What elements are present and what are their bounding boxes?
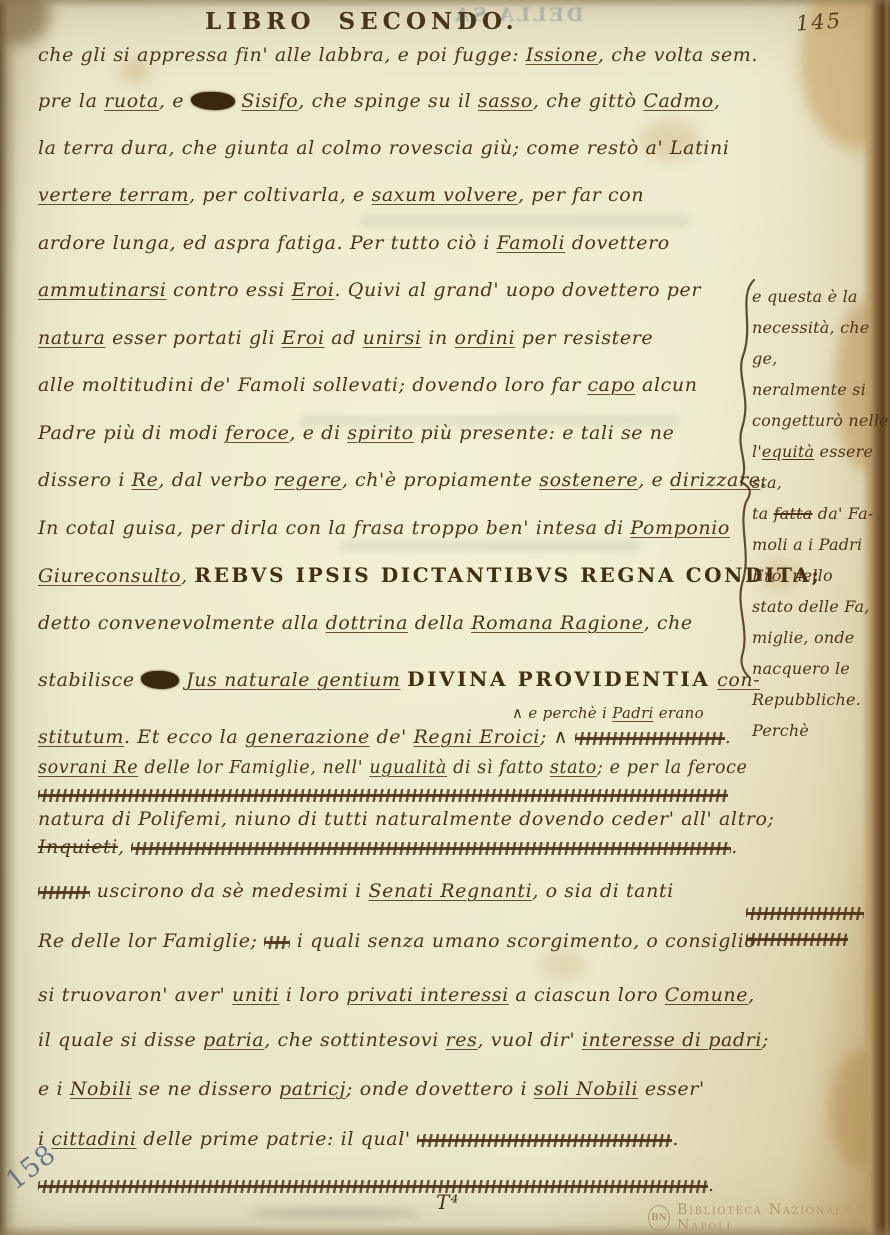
text-segment: Padri	[612, 704, 653, 722]
text-segment: Comune	[665, 984, 748, 1006]
crossed-out-scribble	[746, 933, 848, 946]
text-segment: Issione	[526, 44, 598, 66]
text-segment: e questa è la	[752, 287, 858, 306]
margin-note-line: Repubbliche.	[752, 684, 890, 715]
folio-number: 145	[795, 8, 843, 35]
text-segment: patricj	[279, 1078, 346, 1100]
crossed-out-scribble	[131, 842, 731, 855]
manuscript-line: dissero i Re, dal verbo regere, ch'è pro…	[38, 467, 767, 493]
text-segment: sasso	[478, 90, 533, 112]
manuscript-page: DELLA SA LIBRO SECONDO. 145 che gli si a…	[0, 0, 890, 1235]
manuscript-line: i cittadini delle prime patrie: il qual'…	[38, 1126, 679, 1152]
text-segment: della	[408, 612, 471, 634]
text-segment: Regni Eroici	[414, 726, 540, 748]
text-segment: ,	[714, 90, 721, 112]
text-segment: spirito	[347, 422, 413, 444]
text-segment: Cadmo	[643, 90, 713, 112]
text-segment: si truovaron' aver'	[38, 984, 232, 1006]
text-segment: i quali senza umano scorgimento, o consi…	[290, 930, 756, 952]
text-segment: stitutum	[38, 726, 124, 748]
text-segment: generazione	[245, 726, 370, 748]
text-segment: .	[725, 726, 732, 748]
text-segment: , ch'è propiamente	[342, 469, 540, 491]
text-segment: , e	[159, 90, 191, 112]
text-segment: ta	[752, 504, 774, 523]
text-segment: ruota	[104, 90, 159, 112]
text-segment: res	[446, 1029, 478, 1051]
manuscript-line: e i Nobili se ne dissero patricj; onde d…	[38, 1076, 705, 1102]
text-segment: Re delle lor Famiglie;	[38, 930, 264, 952]
text-segment: In cotal guisa, per dirla con la frasa t…	[38, 517, 630, 539]
text-segment: Repubbliche.	[752, 690, 861, 709]
text-segment: moli a i Padri	[752, 535, 862, 554]
manuscript-line: pre la ruota, e Sisifo, che spinge su il…	[38, 88, 720, 114]
text-segment: stato	[550, 758, 597, 778]
text-segment: delle lor Famiglie, nell'	[138, 758, 369, 778]
text-segment: natura	[38, 327, 105, 349]
text-segment: , per coltivarla, e	[189, 184, 371, 206]
text-segment: , e	[638, 469, 670, 491]
text-segment: stato delle Fa,	[752, 597, 869, 616]
text-segment: vertere terram	[38, 184, 189, 206]
text-segment: Sisifo	[241, 90, 298, 112]
manuscript-line: sovrani Re delle lor Famiglie, nell' ugu…	[38, 755, 748, 781]
text-segment: alcun	[635, 374, 697, 396]
text-segment: . Et ecco la	[124, 726, 245, 748]
manuscript-line: ∧ e perchè i Padri erano	[512, 700, 704, 726]
library-stamp: BN Biblioteca Nazionale di Napoli	[648, 1202, 890, 1234]
text-segment: dottrina	[326, 612, 408, 634]
binding-gutter	[0, 0, 18, 1235]
text-segment: esser'	[638, 1078, 705, 1100]
text-segment: , e di	[289, 422, 347, 444]
text-segment: che gli si appressa fin' alle labbra, e …	[38, 44, 526, 66]
text-segment: da' Fa-	[813, 504, 874, 523]
text-segment: ordini	[454, 327, 515, 349]
text-segment: neralmente si	[752, 380, 866, 399]
text-segment: dovettero	[565, 232, 670, 254]
text-segment: l'	[752, 442, 762, 461]
text-segment: Giureconsulto	[38, 565, 181, 587]
pencil-smudge	[250, 1208, 420, 1218]
text-segment: dirizzare	[670, 469, 760, 491]
margin-note-line: miglie, onde	[752, 622, 890, 653]
text-segment: i loro	[279, 984, 346, 1006]
crossed-out-scribble	[746, 907, 864, 920]
text-segment: Nobili	[70, 1078, 132, 1100]
ink-blot	[141, 671, 179, 689]
manuscript-line: il quale si disse patria, che sottinteso…	[38, 1027, 769, 1053]
text-segment: Famoli	[497, 232, 565, 254]
text-segment: se ne dissero	[132, 1078, 279, 1100]
text-segment: detto convenevolmente alla	[38, 612, 326, 634]
manuscript-line: stabilisce Jus naturale gentium DIVINA P…	[38, 666, 760, 693]
text-segment: , o sia di tanti	[532, 880, 674, 902]
text-segment: , che spinge su il	[298, 90, 478, 112]
text-segment: ardore lunga, ed aspra fatiga. Per tutto…	[38, 232, 497, 254]
text-segment: ; e per la feroce	[597, 758, 748, 778]
crossed-out-scribble	[575, 732, 725, 745]
manuscript-line: natura esser portati gli Eroi ad unirsi …	[38, 325, 653, 351]
margin-note-2	[746, 900, 888, 952]
manuscript-line: Inquieti, .	[38, 834, 738, 860]
text-segment: sostenere	[539, 469, 638, 491]
text-segment: esser portati gli	[105, 327, 281, 349]
manuscript-line: stitutum. Et ecco la generazione de' Reg…	[38, 724, 731, 750]
text-segment: sovrani Re	[38, 758, 138, 778]
text-segment: delle prime patrie: il qual'	[137, 1128, 418, 1150]
text-segment: erano	[654, 704, 704, 722]
manuscript-line: si truovaron' aver' uniti i loro privati…	[38, 982, 755, 1008]
text-segment: ad	[325, 327, 363, 349]
text-segment: uscirono da sè medesimi i	[90, 880, 369, 902]
text-segment: equità	[762, 442, 814, 461]
text-segment: REBVS IPSIS DICTANTIBVS REGNA CONDITA;	[194, 563, 821, 587]
manuscript-line: vertere terram, per coltivarla, e saxum …	[38, 182, 644, 208]
library-stamp-text: Biblioteca Nazionale di Napoli	[677, 1202, 890, 1234]
text-segment: Jus naturale gentium	[186, 669, 400, 691]
manuscript-line: Padre più di modi feroce, e di spirito p…	[38, 420, 674, 446]
text-segment: .	[708, 1174, 715, 1196]
text-segment: ; onde dovettero i	[346, 1078, 534, 1100]
manuscript-line: In cotal guisa, per dirla con la frasa t…	[38, 515, 730, 541]
text-segment: nacquero le	[752, 659, 850, 678]
text-segment: patria	[203, 1029, 264, 1051]
text-segment: regere	[274, 469, 342, 491]
text-segment: e i	[38, 1078, 70, 1100]
page-edge-top	[0, 0, 890, 8]
text-segment: ;	[762, 1029, 769, 1051]
text-segment: capo	[587, 374, 635, 396]
text-segment: necessità, che ge,	[752, 318, 869, 368]
text-segment: ,	[181, 565, 194, 587]
manuscript-line: ardore lunga, ed aspra fatiga. Per tutto…	[38, 230, 670, 256]
margin-note-line: moli a i Padri	[752, 529, 890, 560]
text-segment: soli Nobili	[534, 1078, 638, 1100]
text-segment: .	[672, 1128, 679, 1150]
margin-note-line: Perchè	[752, 715, 890, 746]
text-segment: ,	[118, 836, 131, 858]
margin-note-line: neralmente si	[752, 374, 890, 405]
margin-note-line: congetturò nelle	[752, 405, 890, 436]
manuscript-line: uscirono da sè medesimi i Senati Regnant…	[38, 878, 674, 904]
manuscript-line: detto convenevolmente alla dottrina dell…	[38, 610, 693, 636]
text-segment: ,	[748, 984, 755, 1006]
text-segment: più presente: e tali se ne	[414, 422, 675, 444]
margin-note-line: e questa è la	[752, 281, 890, 312]
text-segment: pre la	[38, 90, 104, 112]
text-segment: ammutinarsi	[38, 279, 166, 301]
text-segment: Padre più di modi	[38, 422, 225, 444]
margin-note-line	[746, 926, 888, 952]
text-segment: . Quivi al grand' uopo dovettero per	[334, 279, 701, 301]
text-segment: ugualità	[369, 758, 447, 778]
text-segment: , dal verbo	[158, 469, 274, 491]
ink-blot	[191, 92, 235, 110]
text-segment: .	[731, 836, 738, 858]
text-segment: miglie, onde	[752, 628, 854, 647]
manuscript-line: natura di Polifemi, niuno di tutti natur…	[38, 806, 775, 832]
text-segment: , che gittò	[533, 90, 643, 112]
text-segment: , vuol dir'	[477, 1029, 581, 1051]
text-segment: in	[422, 327, 455, 349]
running-title: LIBRO SECONDO.	[205, 8, 519, 35]
text-segment: uniti	[232, 984, 279, 1006]
text-segment: la terra dura, che giunta al colmo roves…	[38, 137, 730, 159]
text-segment: , che	[644, 612, 693, 634]
manuscript-line: Re delle lor Famiglie; i quali senza uma…	[38, 928, 756, 954]
crossed-out-scribble	[38, 789, 728, 802]
manuscript-line: alle moltitudini de' Famoli sollevati; d…	[38, 372, 698, 398]
text-segment: stabilisce	[38, 669, 141, 691]
margin-note-line: necessità, che ge,	[752, 312, 890, 374]
text-segment: Perchè	[752, 721, 809, 740]
text-segment: Inquieti	[38, 836, 118, 858]
bleedthrough-stripe	[340, 540, 640, 552]
text-segment: de'	[370, 726, 414, 748]
text-segment: fatta	[774, 504, 813, 523]
text-segment: contro essi	[166, 279, 291, 301]
text-segment: Pomponio	[630, 517, 730, 539]
crossed-out-scribble	[38, 886, 90, 899]
margin-note-1: e questa è lanecessità, che ge,neralment…	[752, 281, 890, 746]
margin-note-line: ta fatta da' Fa-	[752, 498, 890, 529]
library-logo-icon: BN	[648, 1205, 670, 1231]
text-segment: congetturò nelle	[752, 411, 889, 430]
text-segment: il quale si disse	[38, 1029, 203, 1051]
text-segment: di sì fatto	[447, 758, 550, 778]
text-segment: , che volta sem.	[598, 44, 758, 66]
crossed-out-scribble	[264, 936, 290, 949]
text-segment: alle moltitudini de' Famoli sollevati; d…	[38, 374, 587, 396]
text-segment: Eroi nello	[752, 566, 833, 585]
manuscript-line	[38, 781, 728, 807]
crossed-out-scribble	[38, 1180, 708, 1193]
manuscript-line: ammutinarsi contro essi Eroi. Quivi al g…	[38, 277, 701, 303]
stain	[540, 950, 586, 980]
text-segment: Re	[132, 469, 159, 491]
text-segment: ; ∧	[540, 726, 575, 748]
text-segment: unirsi	[363, 327, 422, 349]
text-segment: Eroi	[282, 327, 325, 349]
text-segment: Eroi	[292, 279, 335, 301]
margin-note-line: stato delle Fa,	[752, 591, 890, 622]
text-segment: cittadini	[51, 1128, 136, 1150]
text-segment: per resistere	[515, 327, 653, 349]
text-segment: DIVINA PROVIDENTIA	[407, 667, 710, 691]
text-segment: , per far con	[518, 184, 644, 206]
margin-note-line: Eroi nello	[752, 560, 890, 591]
manuscript-line: che gli si appressa fin' alle labbra, e …	[38, 42, 758, 68]
crossed-out-scribble	[417, 1134, 672, 1147]
text-segment: dissero i	[38, 469, 132, 491]
margin-note-line: l'equità essere sta,	[752, 436, 890, 498]
text-segment: interesse di padri	[582, 1029, 762, 1051]
manuscript-line: Giureconsulto, REBVS IPSIS DICTANTIBVS R…	[38, 562, 821, 589]
text-segment: a ciascun loro	[509, 984, 665, 1006]
manuscript-line: .	[38, 1172, 715, 1198]
margin-note-line	[746, 900, 888, 926]
text-segment: feroce	[225, 422, 289, 444]
text-segment: natura di Polifemi, niuno di tutti natur…	[38, 808, 775, 830]
text-segment: ∧ e perchè i	[512, 704, 612, 722]
text-segment: Romana Ragione	[471, 612, 643, 634]
text-segment: Senati Regnanti	[369, 880, 533, 902]
text-segment: , che sottintesovi	[264, 1029, 445, 1051]
margin-note-line: nacquero le	[752, 653, 890, 684]
bleedthrough-stripe	[360, 215, 690, 227]
catchword: T⁴	[436, 1190, 459, 1214]
text-segment: saxum volvere	[372, 184, 518, 206]
text-segment: privati interessi	[346, 984, 508, 1006]
manuscript-line: la terra dura, che giunta al colmo roves…	[38, 135, 730, 161]
